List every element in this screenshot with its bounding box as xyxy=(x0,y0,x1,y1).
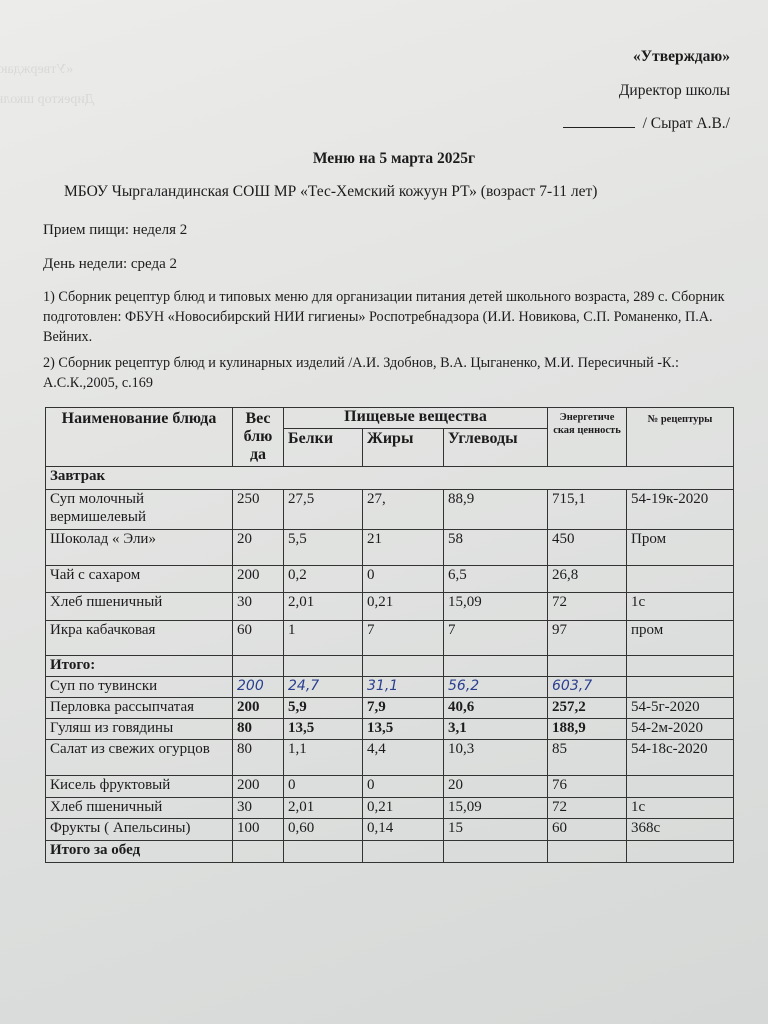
cell-recipe: 54-19к-2020 xyxy=(627,490,734,530)
cell-carbs: 7 xyxy=(444,621,548,656)
cell-fat: 21 xyxy=(363,530,444,566)
reference-2: 2) Сборник рецептур блюд и кулинарных из… xyxy=(43,353,743,393)
cell-protein: 5,5 xyxy=(284,530,363,566)
cell-name: Салат из свежих огурцов xyxy=(46,740,233,776)
cell-name: Хлеб пшеничный xyxy=(46,593,233,621)
cell-name: Суп молочный вермишелевый xyxy=(46,490,233,530)
cell-energy: 715,1 xyxy=(548,490,627,530)
header-fat: Жиры xyxy=(363,429,444,467)
signature-name: / Сырат А.В./ xyxy=(643,115,730,132)
cell-carbs: 15,09 xyxy=(444,798,548,819)
approval-signature: / Сырат А.В./ xyxy=(563,115,730,133)
cell-fat: 31,1 xyxy=(363,677,444,698)
table-row: Салат из свежих огурцов801,14,410,38554-… xyxy=(46,740,734,776)
header-nutrients: Пищевые вещества xyxy=(284,408,548,429)
cell-energy: 76 xyxy=(548,776,627,798)
day-info: День недели: среда 2 xyxy=(43,256,177,273)
cell-carbs: 15 xyxy=(444,819,548,841)
cell-fat: 0,21 xyxy=(363,798,444,819)
cell-recipe: 1с xyxy=(627,593,734,621)
header-name: Наименование блюда xyxy=(46,408,233,467)
cell-energy: 188,9 xyxy=(548,719,627,740)
reference-1: 1) Сборник рецептур блюд и типовых меню … xyxy=(43,287,743,347)
cell-energy: 72 xyxy=(548,798,627,819)
cell-protein: 0,2 xyxy=(284,566,363,593)
cell-energy: 97 xyxy=(548,621,627,656)
cell-weight: 30 xyxy=(233,593,284,621)
cell-fat: 0,21 xyxy=(363,593,444,621)
table-row: Суп молочный вермишелевый25027,527,88,97… xyxy=(46,490,734,530)
cell-recipe: Пром xyxy=(627,530,734,566)
empty-cell xyxy=(233,841,284,863)
signature-line xyxy=(563,115,635,128)
cell-weight: 200 xyxy=(233,677,284,698)
cell-fat: 13,5 xyxy=(363,719,444,740)
section-breakfast: Завтрак xyxy=(46,467,734,490)
cell-energy: 257,2 xyxy=(548,698,627,719)
table-row: Хлеб пшеничный302,010,2115,09721с xyxy=(46,798,734,819)
bleed-through: Директор школы xyxy=(0,92,94,108)
cell-protein: 24,7 xyxy=(284,677,363,698)
cell-energy: 85 xyxy=(548,740,627,776)
header-energy: Энергетиче ская ценность xyxy=(548,408,627,467)
cell-fat: 7 xyxy=(363,621,444,656)
cell-protein: 2,01 xyxy=(284,593,363,621)
menu-table: Наименование блюда Вес блю да Пищевые ве… xyxy=(45,407,734,863)
cell-recipe: 54-2м-2020 xyxy=(627,719,734,740)
cell-fat: 0 xyxy=(363,776,444,798)
table-row: Икра кабачковая6017797пром xyxy=(46,621,734,656)
cell-fat: 27, xyxy=(363,490,444,530)
cell-name: Кисель фруктовый xyxy=(46,776,233,798)
cell-weight: 30 xyxy=(233,798,284,819)
approval-role: Директор школы xyxy=(619,82,730,100)
approval-title: «Утверждаю» xyxy=(633,48,730,66)
cell-weight: 20 xyxy=(233,530,284,566)
empty-cell xyxy=(284,656,363,677)
header-protein: Белки xyxy=(284,429,363,467)
cell-name: Шоколад « Эли» xyxy=(46,530,233,566)
table-row: Перловка рассыпчатая2005,97,940,6257,254… xyxy=(46,698,734,719)
lunch-total-row-label: Итого за обед xyxy=(46,841,233,863)
empty-cell xyxy=(444,841,548,863)
cell-name: Перловка рассыпчатая xyxy=(46,698,233,719)
empty-cell xyxy=(233,656,284,677)
cell-weight: 100 xyxy=(233,819,284,841)
header-weight: Вес блю да xyxy=(233,408,284,467)
cell-protein: 1,1 xyxy=(284,740,363,776)
cell-carbs: 15,09 xyxy=(444,593,548,621)
cell-name: Фрукты ( Апельсины) xyxy=(46,819,233,841)
cell-carbs: 40,6 xyxy=(444,698,548,719)
empty-cell xyxy=(363,841,444,863)
cell-energy: 60 xyxy=(548,819,627,841)
cell-fat: 0 xyxy=(363,566,444,593)
table-row: Гуляш из говядины8013,513,53,1188,954-2м… xyxy=(46,719,734,740)
cell-recipe: 1с xyxy=(627,798,734,819)
cell-recipe xyxy=(627,677,734,698)
cell-recipe xyxy=(627,776,734,798)
table-row: Шоколад « Эли»205,52158450Пром xyxy=(46,530,734,566)
cell-weight: 250 xyxy=(233,490,284,530)
cell-weight: 80 xyxy=(233,719,284,740)
cell-protein: 0,60 xyxy=(284,819,363,841)
lunch-total-row: Итого за обед xyxy=(46,841,734,863)
cell-carbs: 3,1 xyxy=(444,719,548,740)
cell-weight: 200 xyxy=(233,776,284,798)
empty-cell xyxy=(548,841,627,863)
school-name: МБОУ Чыргаландинская СОШ МР «Тес-Хемский… xyxy=(64,183,597,201)
breakfast-total-row: Итого: xyxy=(46,656,734,677)
cell-energy: 603,7 xyxy=(548,677,627,698)
cell-carbs: 88,9 xyxy=(444,490,548,530)
cell-carbs: 56,2 xyxy=(444,677,548,698)
cell-carbs: 10,3 xyxy=(444,740,548,776)
empty-cell xyxy=(627,656,734,677)
cell-fat: 7,9 xyxy=(363,698,444,719)
cell-protein: 0 xyxy=(284,776,363,798)
header-recipe: № рецептуры xyxy=(627,408,734,467)
cell-weight: 60 xyxy=(233,621,284,656)
cell-name: Икра кабачковая xyxy=(46,621,233,656)
table-row: Фрукты ( Апельсины)1000,600,141560368с xyxy=(46,819,734,841)
cell-weight: 200 xyxy=(233,566,284,593)
cell-protein: 27,5 xyxy=(284,490,363,530)
empty-cell xyxy=(284,841,363,863)
breakfast-total-row-label: Итого: xyxy=(46,656,233,677)
cell-energy: 72 xyxy=(548,593,627,621)
cell-recipe xyxy=(627,566,734,593)
cell-fat: 0,14 xyxy=(363,819,444,841)
menu-title: Меню на 5 марта 2025г xyxy=(0,150,768,168)
cell-energy: 450 xyxy=(548,530,627,566)
cell-name: Суп по тувински xyxy=(46,677,233,698)
table-row: Суп по тувински20024,731,156,2603,7 xyxy=(46,677,734,698)
cell-fat: 4,4 xyxy=(363,740,444,776)
empty-cell xyxy=(548,656,627,677)
cell-carbs: 58 xyxy=(444,530,548,566)
cell-name: Хлеб пшеничный xyxy=(46,798,233,819)
empty-cell xyxy=(444,656,548,677)
cell-protein: 13,5 xyxy=(284,719,363,740)
empty-cell xyxy=(627,841,734,863)
cell-name: Гуляш из говядины xyxy=(46,719,233,740)
cell-protein: 5,9 xyxy=(284,698,363,719)
bleed-through: «Утверждаю» xyxy=(0,62,73,78)
table-row: Чай с сахаром2000,206,526,8 xyxy=(46,566,734,593)
cell-recipe: 54-5г-2020 xyxy=(627,698,734,719)
cell-name: Чай с сахаром xyxy=(46,566,233,593)
table-row: Кисель фруктовый200002076 xyxy=(46,776,734,798)
cell-weight: 200 xyxy=(233,698,284,719)
header-carbs: Углеводы xyxy=(444,429,548,467)
table-row: Хлеб пшеничный302,010,2115,09721с xyxy=(46,593,734,621)
meal-info: Прием пищи: неделя 2 xyxy=(43,222,187,239)
cell-recipe: пром xyxy=(627,621,734,656)
cell-protein: 2,01 xyxy=(284,798,363,819)
cell-weight: 80 xyxy=(233,740,284,776)
empty-cell xyxy=(363,656,444,677)
cell-recipe: 54-18с-2020 xyxy=(627,740,734,776)
cell-carbs: 20 xyxy=(444,776,548,798)
cell-carbs: 6,5 xyxy=(444,566,548,593)
cell-protein: 1 xyxy=(284,621,363,656)
cell-energy: 26,8 xyxy=(548,566,627,593)
cell-recipe: 368с xyxy=(627,819,734,841)
